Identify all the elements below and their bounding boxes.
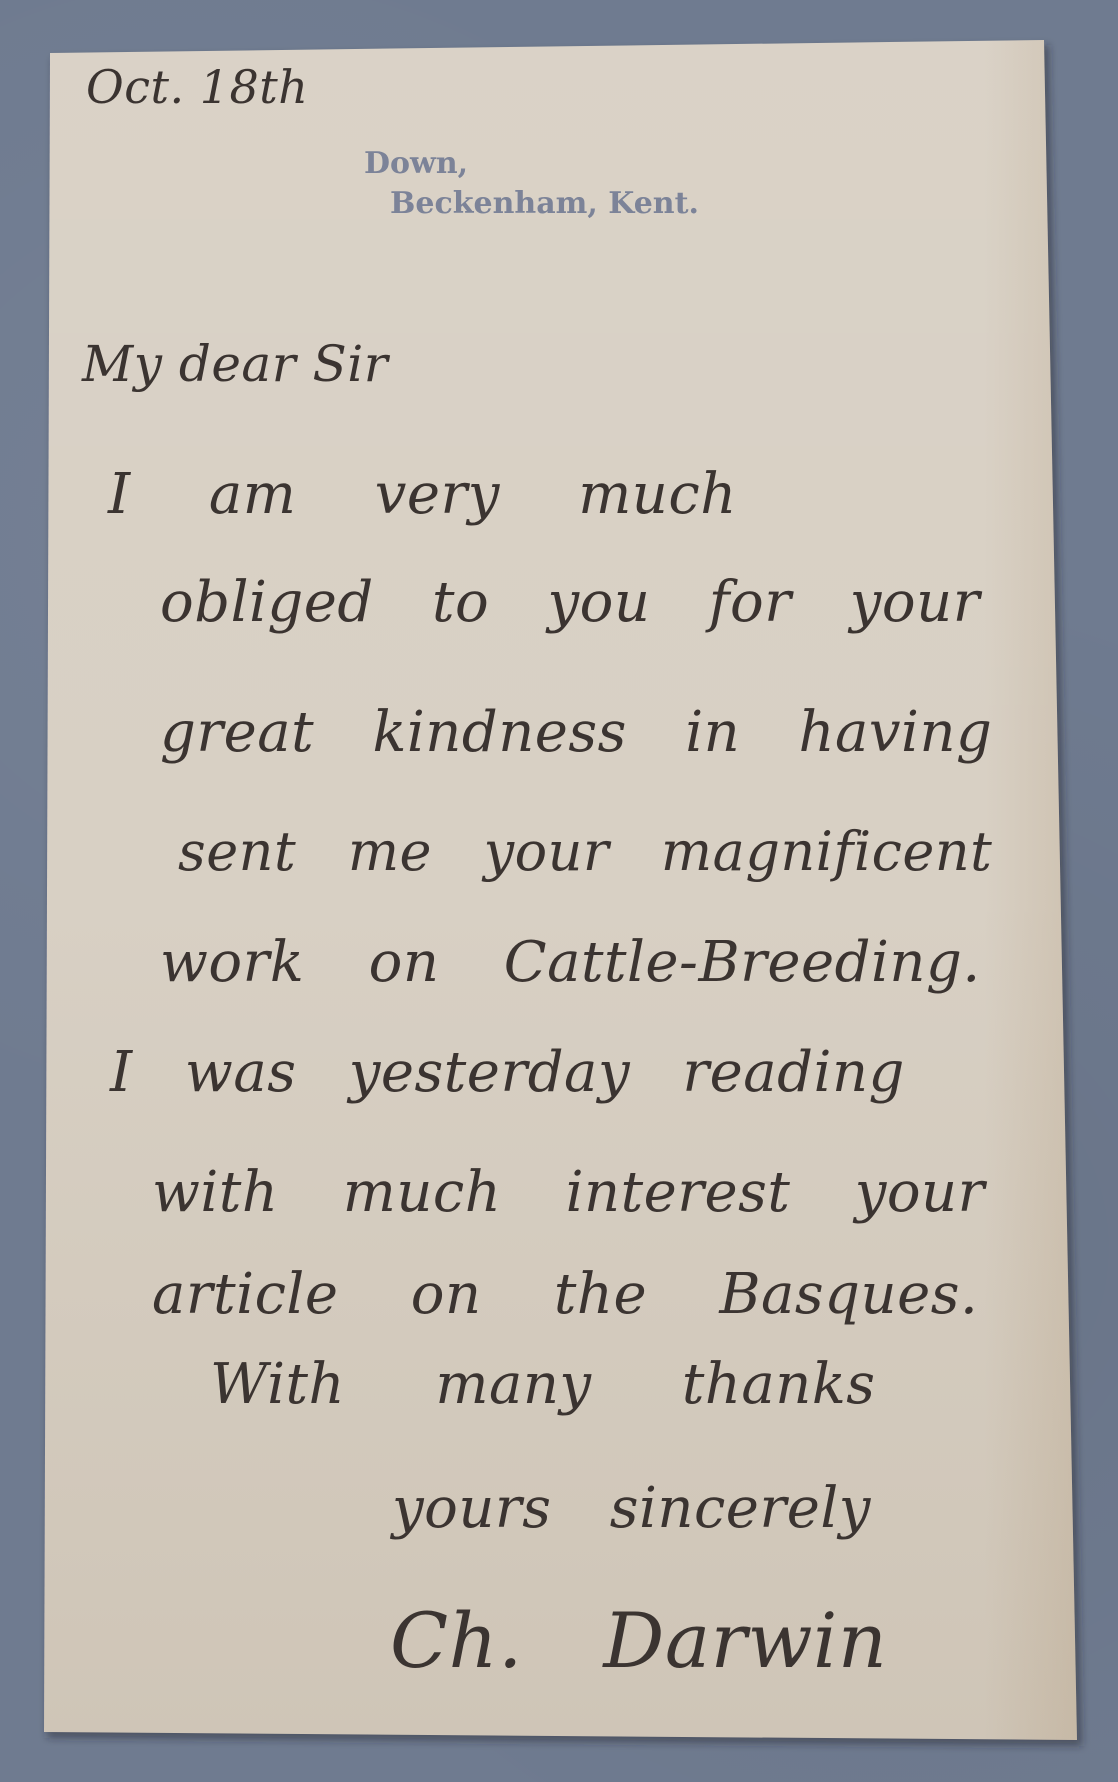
body-line: great kindness in having bbox=[160, 700, 992, 765]
body-line: with much interest your bbox=[152, 1160, 985, 1225]
body-line: With many thanks bbox=[210, 1352, 876, 1417]
body-line: article on the Basques. bbox=[152, 1262, 978, 1327]
body-line: work on Cattle-Breeding. bbox=[160, 930, 981, 995]
letterhead-line-2: Beckenham, Kent. bbox=[390, 186, 699, 221]
body-line: obliged to you for your bbox=[160, 570, 980, 635]
salutation: My dear Sir bbox=[82, 335, 388, 393]
document-scene: Oct. 18th Down, Beckenham, Kent. My dear… bbox=[0, 0, 1118, 1782]
body-line: I was yesterday reading bbox=[110, 1040, 905, 1105]
letterhead-line-1: Down, bbox=[364, 146, 468, 181]
closing: yours sincerely bbox=[392, 1476, 871, 1541]
signature: Ch. Darwin bbox=[390, 1596, 887, 1685]
body-line: sent me your magnificent bbox=[178, 820, 992, 883]
body-line: I am very much bbox=[108, 462, 737, 527]
letter-paper: Oct. 18th Down, Beckenham, Kent. My dear… bbox=[0, 0, 1118, 1782]
letter-date: Oct. 18th bbox=[86, 60, 308, 114]
